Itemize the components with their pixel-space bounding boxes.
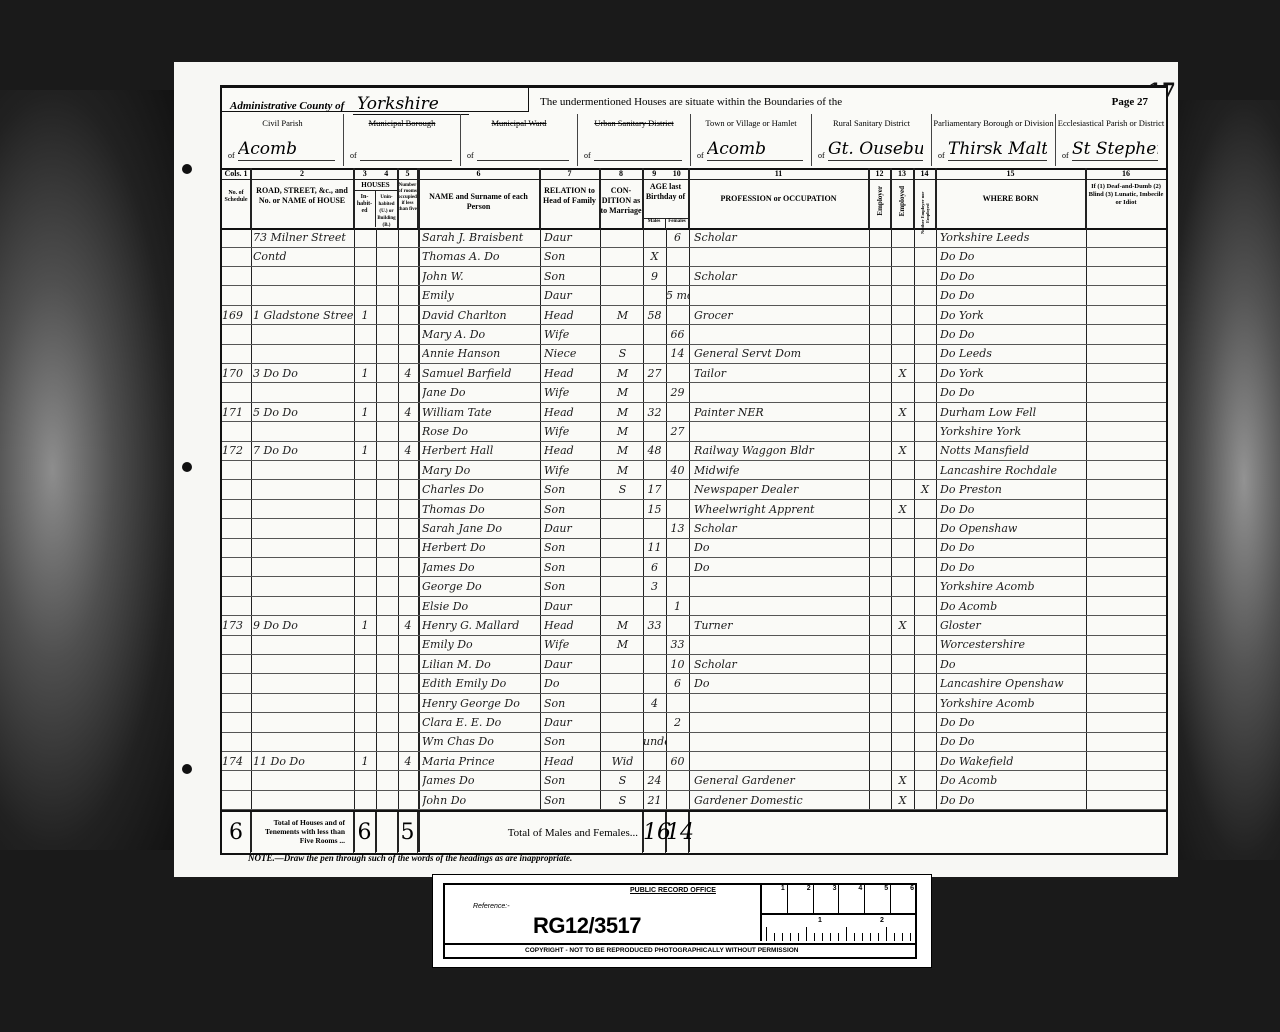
- neither-cell: [914, 228, 936, 247]
- schedule-number-cell: [222, 538, 251, 557]
- age-female-cell: [666, 247, 689, 266]
- col-schedule: Cols. 1 No. of Schedule: [222, 168, 251, 228]
- employer-cell: [869, 441, 891, 460]
- total-males: 16: [643, 812, 666, 854]
- where-born-cell: Gloster: [940, 616, 1086, 635]
- table-row: 73 Milner StreetSarah J. BraisbentDaur6S…: [222, 228, 1166, 248]
- employed-cell: X: [891, 500, 914, 519]
- age-male-cell: [643, 461, 666, 480]
- occupation-cell: Do: [694, 558, 869, 577]
- employed-cell: X: [891, 364, 914, 383]
- employer-cell: [869, 577, 891, 596]
- condition-cell: [602, 577, 643, 596]
- occupation-cell: [694, 577, 869, 596]
- employer-cell: [869, 674, 891, 693]
- scan-background-left: [0, 90, 175, 850]
- col-employed: 13 Employed: [891, 168, 914, 228]
- rooms-cell: 4: [398, 616, 418, 635]
- table-row: Mary DoWifeM40MidwifeLancashire Rochdale: [222, 461, 1166, 481]
- schedule-number-cell: [222, 267, 251, 286]
- address-cell: [253, 597, 353, 616]
- rooms-cell: [398, 286, 418, 305]
- age-male-cell: 58: [643, 306, 666, 325]
- occupation-cell: Do: [694, 674, 869, 693]
- employer-cell: [869, 694, 891, 713]
- address-cell: 73 Milner Street: [253, 228, 353, 247]
- relation-cell: Son: [544, 771, 600, 790]
- inhabited-cell: [354, 538, 376, 557]
- person-name-cell: John W.: [422, 267, 540, 286]
- rooms-cell: [398, 344, 418, 363]
- where-born-cell: Do Do: [940, 558, 1086, 577]
- col-condition: 8 CON-DITION as to Marriage: [600, 168, 643, 228]
- age-female-cell: [666, 791, 689, 810]
- punch-hole: [182, 462, 192, 472]
- inhabited-cell: 1: [354, 364, 376, 383]
- schedule-number-cell: [222, 713, 251, 732]
- col-occupation: 11 PROFESSION or OCCUPATION: [689, 168, 869, 228]
- employed-cell: [891, 383, 914, 402]
- condition-cell: [602, 597, 643, 616]
- copyright-notice: COPYRIGHT - NOT TO BE REPRODUCED PHOTOGR…: [445, 943, 915, 957]
- age-male-cell: 48: [643, 441, 666, 460]
- reference-prefix: Reference:-: [473, 903, 510, 910]
- schedule-number-cell: [222, 500, 251, 519]
- age-female-cell: 66: [666, 325, 689, 344]
- table-row: 1703 Do Do14Samuel BarfieldHeadM27Tailor…: [222, 364, 1166, 384]
- condition-cell: M: [602, 441, 643, 460]
- relation-cell: Son: [544, 538, 600, 557]
- condition-cell: M: [602, 306, 643, 325]
- employed-cell: [891, 325, 914, 344]
- age-male-cell: 21: [643, 791, 666, 810]
- employed-cell: [891, 422, 914, 441]
- occupation-cell: [694, 325, 869, 344]
- where-born-cell: Do: [940, 655, 1086, 674]
- age-male-cell: [643, 674, 666, 693]
- address-cell: [253, 286, 353, 305]
- age-female-cell: 6: [666, 228, 689, 247]
- employed-cell: [891, 655, 914, 674]
- person-name-cell: Thomas A. Do: [422, 247, 540, 266]
- relation-cell: Daur: [544, 519, 600, 538]
- age-female-cell: [666, 558, 689, 577]
- condition-cell: [602, 732, 643, 751]
- condition-cell: [602, 655, 643, 674]
- age-female-cell: 29: [666, 383, 689, 402]
- address-cell: [253, 325, 353, 344]
- rooms-cell: [398, 519, 418, 538]
- schedule-number-cell: [222, 655, 251, 674]
- header-ecclesiastical-parish: Ecclesiastical Parish or District of St …: [1056, 114, 1166, 166]
- where-born-cell: Do Do: [940, 538, 1086, 557]
- inhabited-cell: [354, 247, 376, 266]
- condition-cell: [602, 228, 643, 247]
- condition-cell: [602, 247, 643, 266]
- age-female-cell: [666, 306, 689, 325]
- table-row: EmilyDaur5 moDo Do: [222, 286, 1166, 306]
- address-cell: [253, 383, 353, 402]
- employed-cell: [891, 538, 914, 557]
- where-born-cell: Durham Low Fell: [940, 403, 1086, 422]
- header-municipal-ward: Municipal Ward of: [461, 114, 578, 166]
- neither-cell: [914, 655, 936, 674]
- address-cell: [253, 732, 353, 751]
- rooms-cell: 4: [398, 364, 418, 383]
- employer-cell: [869, 383, 891, 402]
- relation-cell: Son: [544, 558, 600, 577]
- schedule-number-cell: 174: [222, 752, 251, 771]
- person-name-cell: William Tate: [422, 403, 540, 422]
- rooms-cell: [398, 325, 418, 344]
- total-houses-label: Total of Houses and of Tenements with le…: [251, 812, 354, 854]
- rooms-cell: [398, 461, 418, 480]
- age-female-cell: [666, 403, 689, 422]
- public-record-office: PUBLIC RECORD OFFICE: [630, 887, 716, 894]
- neither-cell: [914, 461, 936, 480]
- occupation-cell: Railway Waggon Bldr: [694, 441, 869, 460]
- age-female-cell: [666, 267, 689, 286]
- relation-cell: Head: [544, 752, 600, 771]
- header-municipal-borough: Municipal Borough of: [344, 114, 461, 166]
- address-cell: [253, 480, 353, 499]
- person-name-cell: Rose Do: [422, 422, 540, 441]
- occupation-cell: General Gardener: [694, 771, 869, 790]
- rooms-cell: [398, 267, 418, 286]
- employed-cell: [891, 752, 914, 771]
- relation-cell: Son: [544, 267, 600, 286]
- total-rooms: 5: [398, 812, 418, 854]
- address-cell: [253, 771, 353, 790]
- inhabited-cell: 1: [354, 616, 376, 635]
- col-address: 2 ROAD, STREET, &c., and No. or NAME of …: [251, 168, 354, 228]
- employed-cell: [891, 732, 914, 751]
- person-name-cell: Herbert Hall: [422, 441, 540, 460]
- age-female-cell: [666, 441, 689, 460]
- total-schedules: 6: [222, 812, 251, 854]
- rooms-cell: [398, 500, 418, 519]
- employer-cell: [869, 616, 891, 635]
- schedule-number-cell: [222, 286, 251, 305]
- table-row: Mary A. DoWife66Do Do: [222, 325, 1166, 345]
- occupation-cell: Scholar: [694, 655, 869, 674]
- table-row: Charles DoSonS17Newspaper DealerXDo Pres…: [222, 480, 1166, 500]
- occupation-cell: [694, 422, 869, 441]
- age-female-cell: [666, 500, 689, 519]
- employed-cell: [891, 519, 914, 538]
- age-male-cell: [643, 752, 666, 771]
- inhabited-cell: [354, 461, 376, 480]
- age-female-cell: 27: [666, 422, 689, 441]
- address-cell: [253, 500, 353, 519]
- condition-cell: Wid: [602, 752, 643, 771]
- address-cell: 11 Do Do: [253, 752, 353, 771]
- occupation-cell: Scholar: [694, 519, 869, 538]
- col-infirmity: 16 If (1) Deaf-and-Dumb (2) Blind (3) Lu…: [1086, 168, 1166, 228]
- relation-cell: Head: [544, 616, 600, 635]
- employed-cell: [891, 461, 914, 480]
- where-born-cell: Lancashire Rochdale: [940, 461, 1086, 480]
- schedule-number-cell: [222, 771, 251, 790]
- schedule-number-cell: [222, 383, 251, 402]
- occupation-cell: [694, 732, 869, 751]
- schedule-number-cell: [222, 325, 251, 344]
- age-male-cell: 32: [643, 403, 666, 422]
- occupation-cell: [694, 713, 869, 732]
- person-name-cell: Emily Do: [422, 635, 540, 654]
- employer-cell: [869, 422, 891, 441]
- where-born-cell: Do Do: [940, 713, 1086, 732]
- neither-cell: [914, 713, 936, 732]
- employer-cell: [869, 500, 891, 519]
- schedule-number-cell: [222, 480, 251, 499]
- page-label: Page 27: [1112, 96, 1148, 108]
- address-cell: [253, 674, 353, 693]
- age-female-cell: [666, 577, 689, 596]
- inhabited-cell: [354, 597, 376, 616]
- condition-cell: M: [602, 616, 643, 635]
- age-male-cell: [643, 344, 666, 363]
- employed-cell: X: [891, 791, 914, 810]
- rooms-cell: [398, 306, 418, 325]
- condition-cell: [602, 286, 643, 305]
- neither-cell: [914, 422, 936, 441]
- person-name-cell: Mary A. Do: [422, 325, 540, 344]
- relation-cell: Son: [544, 500, 600, 519]
- inhabited-cell: [354, 577, 376, 596]
- occupation-cell: [694, 752, 869, 771]
- table-row: John DoSonS21Gardener DomesticXDo Do: [222, 791, 1166, 811]
- age-male-cell: [643, 286, 666, 305]
- where-born-cell: Do Preston: [940, 480, 1086, 499]
- rooms-cell: [398, 655, 418, 674]
- where-born-cell: Do Wakefield: [940, 752, 1086, 771]
- table-row: 17411 Do Do14Maria PrinceHeadWid60Do Wak…: [222, 752, 1166, 772]
- ecclesiastical-parish-value: St Stephens: [1072, 138, 1158, 161]
- rooms-cell: [398, 674, 418, 693]
- occupation-cell: Do: [694, 538, 869, 557]
- employed-cell: [891, 286, 914, 305]
- schedule-number-cell: [222, 247, 251, 266]
- address-cell: [253, 422, 353, 441]
- header-civil-parish: Civil Parish of Acomb: [222, 114, 344, 166]
- administrative-county-value: Yorkshire: [353, 94, 469, 115]
- rooms-cell: [398, 713, 418, 732]
- address-cell: [253, 577, 353, 596]
- col-age: 910 AGE last Birthday of Males Females: [643, 168, 689, 228]
- punch-hole: [182, 164, 192, 174]
- age-female-cell: [666, 771, 689, 790]
- address-cell: 1 Gladstone Street: [253, 306, 353, 325]
- employed-cell: X: [891, 441, 914, 460]
- person-name-cell: Henry G. Mallard: [422, 616, 540, 635]
- age-female-cell: [666, 616, 689, 635]
- table-row: Clara E. E. DoDaur2Do Do: [222, 713, 1166, 733]
- age-male-cell: X: [643, 247, 666, 266]
- condition-cell: S: [602, 344, 643, 363]
- reference-label: PUBLIC RECORD OFFICE Reference:- RG12/35…: [432, 874, 932, 968]
- schedule-number-cell: [222, 519, 251, 538]
- rooms-cell: [398, 732, 418, 751]
- employer-cell: [869, 228, 891, 247]
- inhabited-cell: [354, 713, 376, 732]
- employer-cell: [869, 538, 891, 557]
- employer-cell: [869, 403, 891, 422]
- age-female-cell: [666, 732, 689, 751]
- schedule-number-cell: [222, 635, 251, 654]
- person-name-cell: Lilian M. Do: [422, 655, 540, 674]
- table-row: Thomas DoSon15Wheelwright ApprentXDo Do: [222, 500, 1166, 520]
- condition-cell: M: [602, 383, 643, 402]
- where-born-cell: Notts Mansfield: [940, 441, 1086, 460]
- relation-cell: Head: [544, 306, 600, 325]
- person-name-cell: Elsie Do: [422, 597, 540, 616]
- person-name-cell: Sarah J. Braisbent: [422, 228, 540, 247]
- schedule-number-cell: [222, 694, 251, 713]
- age-female-cell: 10: [666, 655, 689, 674]
- table-row: 1691 Gladstone Street1David CharltonHead…: [222, 306, 1166, 326]
- address-cell: [253, 461, 353, 480]
- schedule-number-cell: 171: [222, 403, 251, 422]
- inhabited-cell: [354, 500, 376, 519]
- address-cell: 7 Do Do: [253, 441, 353, 460]
- person-name-cell: Charles Do: [422, 480, 540, 499]
- person-name-cell: James Do: [422, 558, 540, 577]
- address-cell: [253, 635, 353, 654]
- employer-cell: [869, 325, 891, 344]
- inhabited-cell: [354, 344, 376, 363]
- neither-cell: [914, 306, 936, 325]
- where-born-cell: Worcestershire: [940, 635, 1086, 654]
- employer-cell: [869, 247, 891, 266]
- employed-cell: [891, 694, 914, 713]
- inhabited-cell: [354, 286, 376, 305]
- col-name: 6 NAME and Surname of each Person: [418, 168, 540, 228]
- condition-cell: M: [602, 461, 643, 480]
- table-row: George DoSon3Yorkshire Acomb: [222, 577, 1166, 597]
- inhabited-cell: [354, 228, 376, 247]
- header-town-village: Town or Village or Hamlet of Acomb: [691, 114, 812, 166]
- occupation-cell: Scholar: [694, 267, 869, 286]
- occupation-cell: [694, 383, 869, 402]
- column-headers: Cols. 1 No. of Schedule 2 ROAD, STREET, …: [222, 168, 1166, 230]
- employed-cell: [891, 674, 914, 693]
- neither-cell: [914, 752, 936, 771]
- table-row: Sarah Jane DoDaur13ScholarDo Openshaw: [222, 519, 1166, 539]
- table-row: 1715 Do Do14William TateHeadM32Painter N…: [222, 403, 1166, 423]
- relation-cell: Son: [544, 577, 600, 596]
- relation-cell: Son: [544, 694, 600, 713]
- where-born-cell: Do Do: [940, 383, 1086, 402]
- neither-cell: [914, 616, 936, 635]
- employed-cell: [891, 635, 914, 654]
- employed-cell: [891, 344, 914, 363]
- relation-cell: Son: [544, 247, 600, 266]
- address-cell: 3 Do Do: [253, 364, 353, 383]
- person-name-cell: Maria Prince: [422, 752, 540, 771]
- neither-cell: [914, 325, 936, 344]
- condition-cell: [602, 674, 643, 693]
- total-persons-label: Total of Males and Females...: [418, 812, 643, 854]
- age-female-cell: 1: [666, 597, 689, 616]
- occupation-cell: General Servt Dom: [694, 344, 869, 363]
- neither-cell: [914, 247, 936, 266]
- table-row: Herbert DoSon11DoDo Do: [222, 538, 1166, 558]
- employed-cell: X: [891, 403, 914, 422]
- inhabited-cell: 1: [354, 441, 376, 460]
- relation-cell: Head: [544, 441, 600, 460]
- administrative-county: Administrative County of Yorkshire: [222, 88, 529, 112]
- neither-cell: [914, 694, 936, 713]
- occupation-cell: Midwife: [694, 461, 869, 480]
- condition-cell: [602, 325, 643, 344]
- address-cell: [253, 713, 353, 732]
- village-value: Acomb: [707, 138, 803, 161]
- neither-cell: [914, 674, 936, 693]
- occupation-cell: Wheelwright Apprent: [694, 500, 869, 519]
- rooms-cell: [398, 228, 418, 247]
- person-name-cell: John Do: [422, 791, 540, 810]
- age-male-cell: 4: [643, 694, 666, 713]
- age-male-cell: [643, 713, 666, 732]
- inhabited-cell: [354, 674, 376, 693]
- employed-cell: [891, 306, 914, 325]
- where-born-cell: Do Do: [940, 286, 1086, 305]
- rural-sanitary-district-value: Gt. Ouseburn: [828, 138, 923, 161]
- where-born-cell: Yorkshire Acomb: [940, 694, 1086, 713]
- table-row: Rose DoWifeM27Yorkshire York: [222, 422, 1166, 442]
- employer-cell: [869, 655, 891, 674]
- neither-cell: [914, 558, 936, 577]
- where-born-cell: Do Do: [940, 791, 1086, 810]
- employed-cell: [891, 597, 914, 616]
- inhabited-cell: [354, 422, 376, 441]
- person-name-cell: Emily: [422, 286, 540, 305]
- person-name-cell: Sarah Jane Do: [422, 519, 540, 538]
- age-female-cell: 33: [666, 635, 689, 654]
- age-female-cell: 40: [666, 461, 689, 480]
- person-name-cell: Wm Chas Do: [422, 732, 540, 751]
- inhabited-cell: [354, 791, 376, 810]
- neither-cell: [914, 519, 936, 538]
- parliamentary-borough-value: Thirsk Malton: [948, 138, 1047, 161]
- where-born-cell: Do Openshaw: [940, 519, 1086, 538]
- rooms-cell: [398, 383, 418, 402]
- inhabited-cell: 1: [354, 752, 376, 771]
- relation-cell: Son: [544, 732, 600, 751]
- condition-cell: [602, 713, 643, 732]
- employer-cell: [869, 558, 891, 577]
- age-male-cell: 11: [643, 538, 666, 557]
- condition-cell: [602, 519, 643, 538]
- schedule-number-cell: 172: [222, 441, 251, 460]
- where-born-cell: Lancashire Openshaw: [940, 674, 1086, 693]
- census-schedule-sheet: Administrative County of Yorkshire The u…: [220, 85, 1168, 855]
- age-male-cell: 24: [643, 771, 666, 790]
- neither-cell: [914, 500, 936, 519]
- table-row: Jane DoWifeM29Do Do: [222, 383, 1166, 403]
- schedule-number-cell: [222, 732, 251, 751]
- inhabited-cell: [354, 694, 376, 713]
- age-male-cell: [643, 597, 666, 616]
- total-females: 14: [666, 812, 689, 854]
- inhabited-cell: [354, 635, 376, 654]
- person-name-cell: Clara E. E. Do: [422, 713, 540, 732]
- age-male-cell: 33: [643, 616, 666, 635]
- relation-cell: Son: [544, 480, 600, 499]
- occupation-cell: Grocer: [694, 306, 869, 325]
- neither-cell: [914, 267, 936, 286]
